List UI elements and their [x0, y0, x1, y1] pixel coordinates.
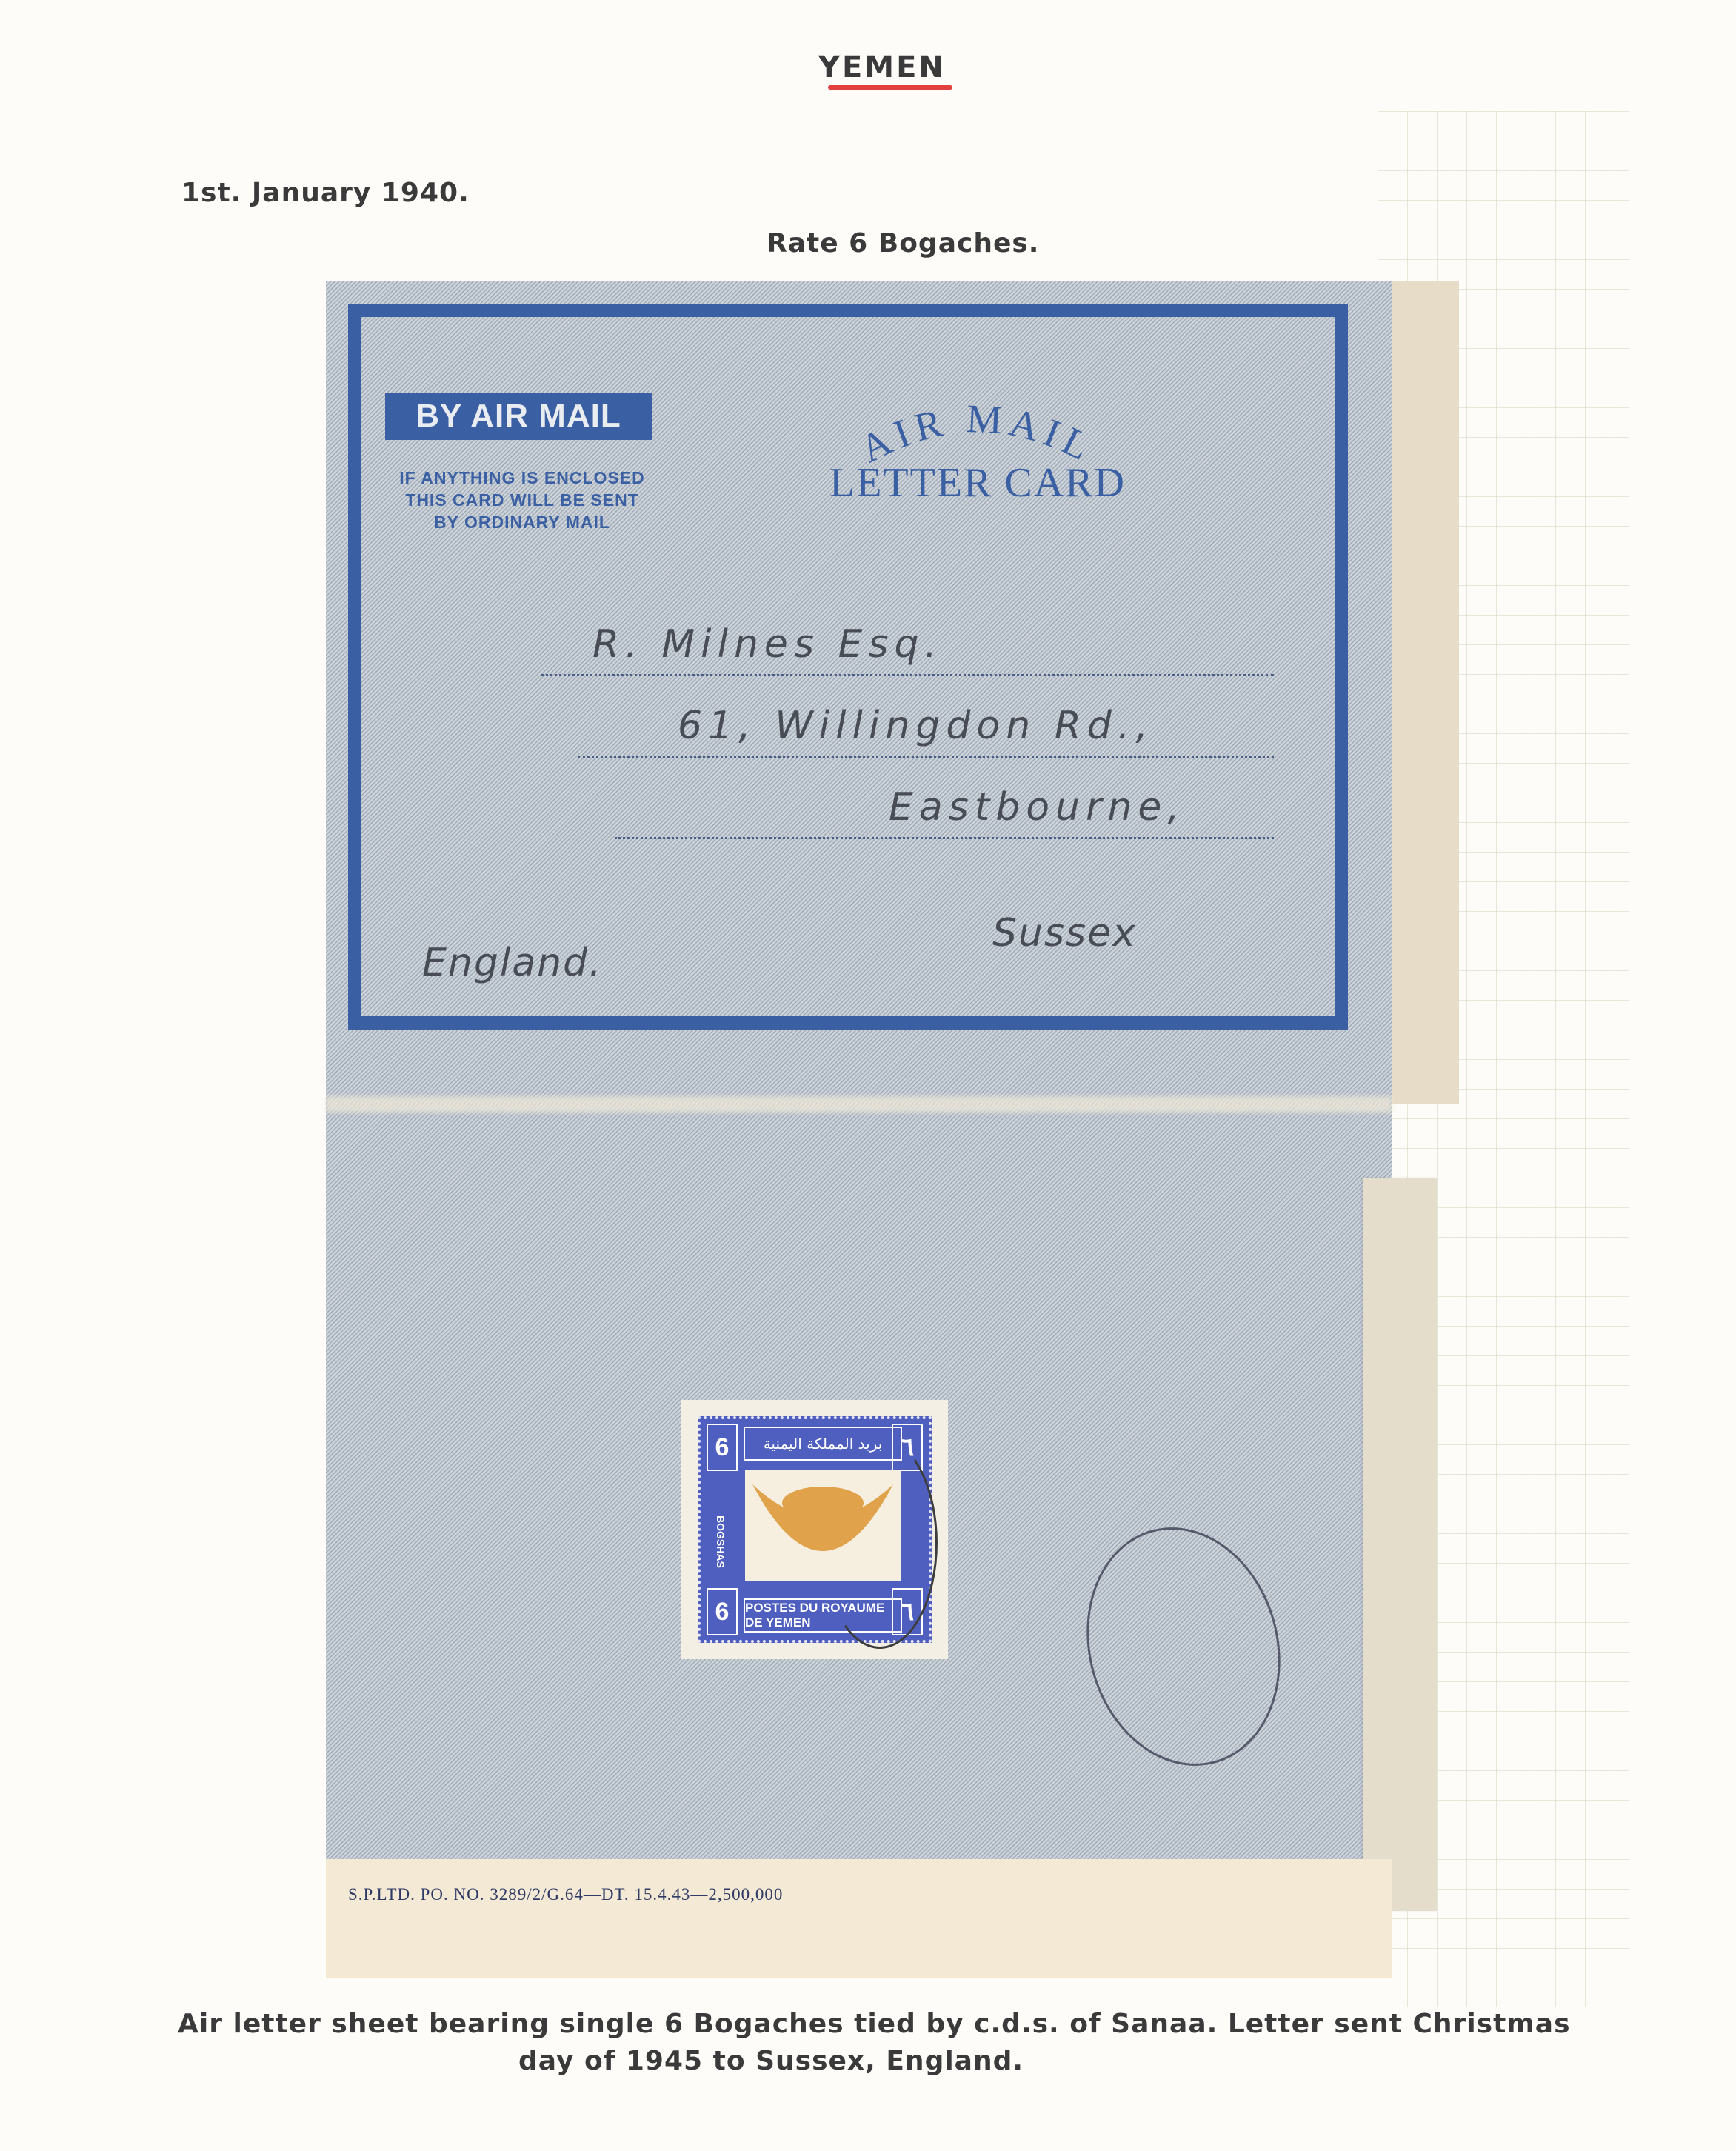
fold-line — [326, 1096, 1392, 1113]
title-underline — [828, 85, 952, 90]
address-line-1: R. Milnes Esq. — [592, 622, 943, 667]
enclosure-notice: IF ANYTHING IS ENCLOSED THIS CARD WILL B… — [370, 467, 674, 533]
notice-line: BY ORDINARY MAIL — [370, 511, 674, 533]
caption-line-1: Air letter sheet bearing single 6 Bogach… — [178, 2009, 1571, 2039]
stamp-value: 6 — [707, 1424, 738, 1471]
caption-line-2: day of 1945 to Sussex, England. — [518, 2046, 1024, 2076]
sanaa-postmark-partial — [822, 1437, 938, 1649]
printer-imprint: S.P.LTD. PO. NO. 3289/2/G.64—DT. 15.4.43… — [348, 1885, 783, 1904]
address-rule — [615, 837, 1274, 839]
address-line-2: 61, Willingdon Rd., — [678, 704, 1154, 748]
page-title: YEMEN — [818, 50, 946, 84]
address-line-5: England. — [422, 941, 603, 985]
by-air-mail-label: BY AIR MAIL — [385, 393, 652, 440]
rate-note: Rate 6 Bogaches. — [767, 228, 1039, 259]
stamp-value: 6 — [707, 1588, 738, 1635]
address-line-4: Sussex — [992, 911, 1137, 956]
notice-line: THIS CARD WILL BE SENT — [370, 489, 674, 511]
stamp-currency: BOGSHAS — [707, 1501, 735, 1582]
date-note: 1st. January 1940. — [181, 178, 470, 208]
notice-line: IF ANYTHING IS ENCLOSED — [370, 467, 674, 489]
sealing-tab — [1363, 1178, 1437, 1911]
air-letter-sheet: BY AIR MAIL IF ANYTHING IS ENCLOSED THIS… — [326, 281, 1392, 1978]
address-rule — [578, 756, 1274, 758]
address-rule — [541, 674, 1274, 676]
letter-card-heading: LETTER CARD — [755, 459, 1200, 507]
sheet-edge-strip — [1392, 281, 1459, 1104]
address-line-3: Eastbourne, — [889, 785, 1186, 830]
sheet-bottom-strip — [326, 1859, 1392, 1978]
